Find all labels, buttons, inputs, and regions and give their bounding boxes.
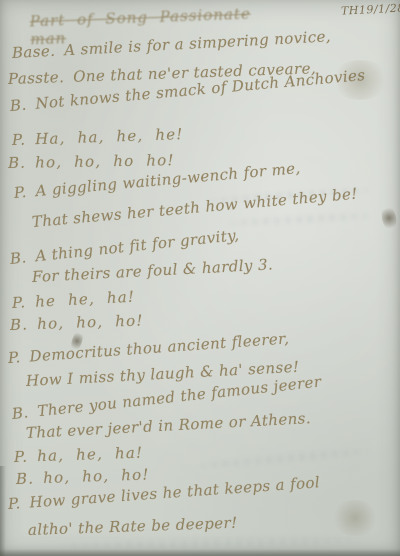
line-text: ho, ho, ho! xyxy=(43,465,150,487)
line-text: ho, ho, ho! xyxy=(37,311,144,333)
speaker-label: P. xyxy=(12,293,27,312)
speaker-label: B. xyxy=(10,315,29,334)
speaker-label: B. xyxy=(9,96,27,115)
speaker-label: P. xyxy=(12,131,27,149)
speaker-label: P. xyxy=(7,348,21,367)
verso-show-through xyxy=(60,537,360,549)
paper-stain xyxy=(330,500,380,536)
ink-blot xyxy=(379,204,398,232)
manuscript-line: altho' the Rate be deeper! xyxy=(28,514,238,539)
verso-show-through xyxy=(200,448,370,470)
speaker-label: Base. xyxy=(12,42,56,62)
manuscript-line: P.Ha, ha, he, he! xyxy=(12,125,184,149)
line-text: he he, ha! xyxy=(35,288,136,311)
verso-show-through xyxy=(230,212,370,226)
speaker-label: Passte. xyxy=(8,68,65,88)
paper-bottom-edge xyxy=(0,549,400,556)
line-text: Ha, ha, he, he! xyxy=(35,125,184,148)
manuscript-line: B.ho, ho, ho! xyxy=(16,465,150,488)
line-text: altho' the Rate be deeper! xyxy=(28,514,238,539)
manuscript-line: P.he he, ha! xyxy=(12,288,136,312)
line-text: ho, ho, ho ho! xyxy=(35,151,175,171)
speaker-label: P. xyxy=(14,448,29,466)
speaker-label: B. xyxy=(11,403,29,423)
catalog-number: TH19/1/28 xyxy=(341,1,400,17)
manuscript-line: P.ha, he, ha! xyxy=(14,443,144,466)
speaker-label: B. xyxy=(16,469,35,488)
manuscript-line: B.ho, ho, ho ho! xyxy=(8,151,175,172)
speaker-label: P. xyxy=(7,494,21,513)
line-text: ha, he, ha! xyxy=(37,443,144,465)
speaker-label: P. xyxy=(13,183,27,202)
paper-left-edge xyxy=(0,466,6,556)
speaker-label: B. xyxy=(9,248,27,268)
paper-stain xyxy=(330,60,390,100)
speaker-label: B. xyxy=(8,154,27,172)
manuscript-page: TH19/1/28 Part of Song Passionate man Ba… xyxy=(0,0,400,556)
